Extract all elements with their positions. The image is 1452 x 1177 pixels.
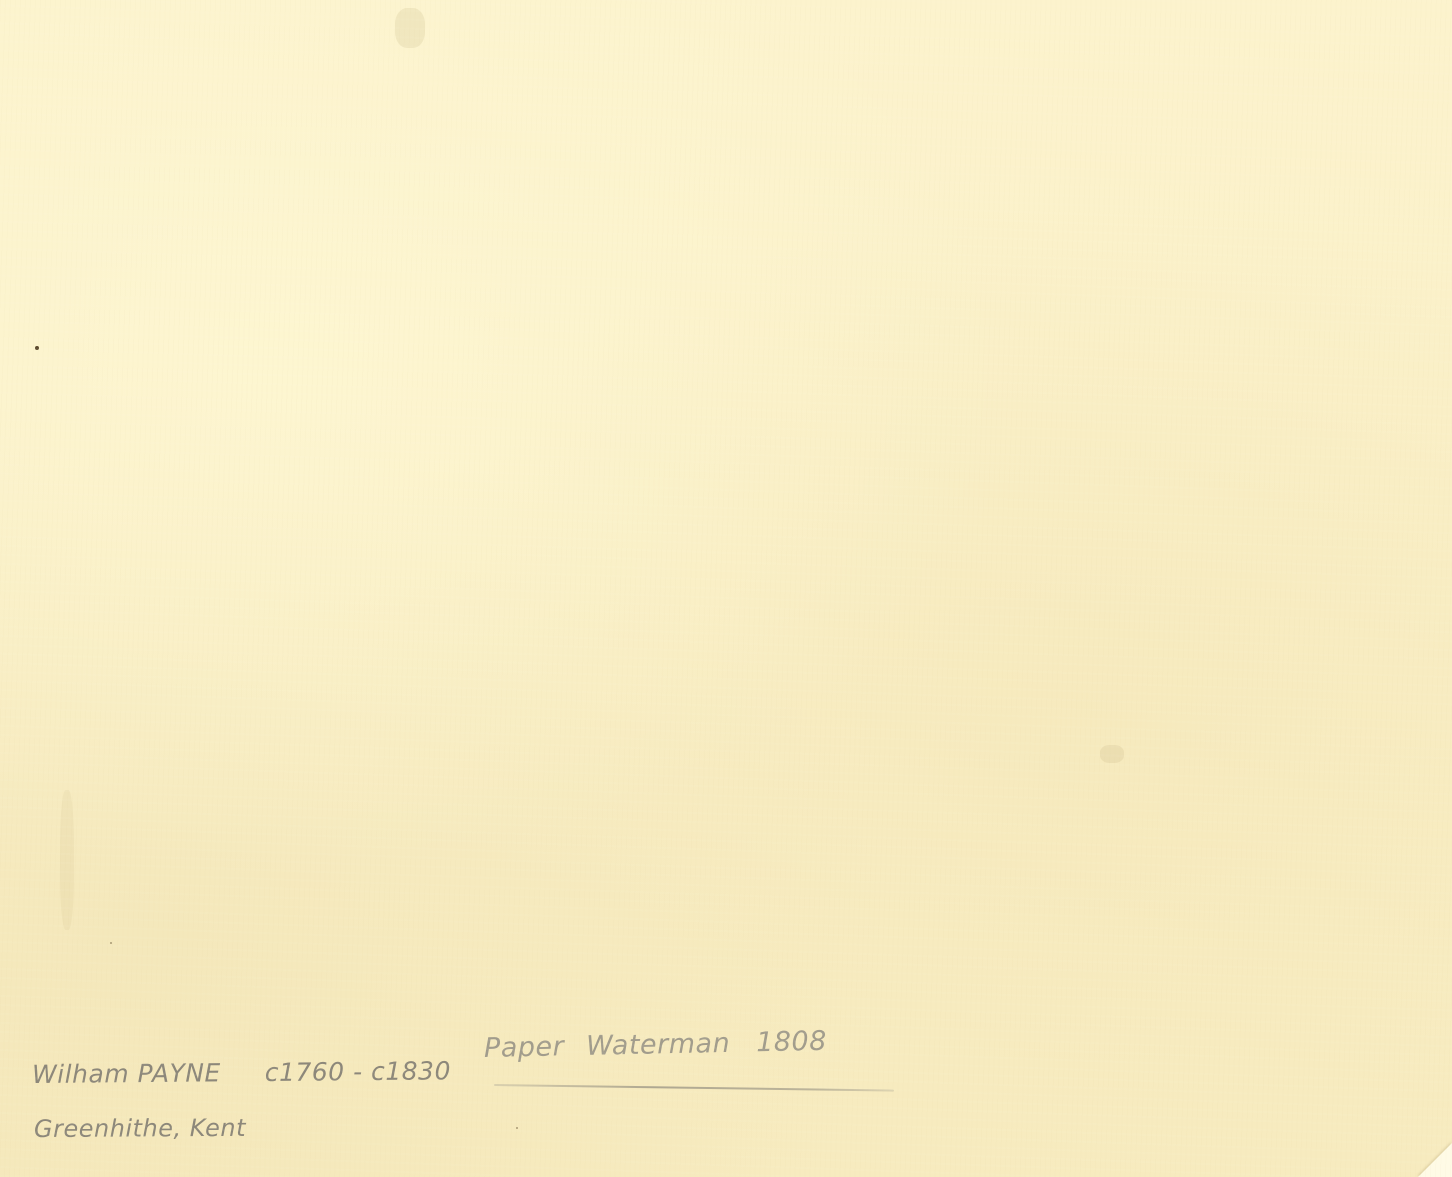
paper-stain <box>1100 745 1124 763</box>
ink-speck <box>110 942 112 944</box>
paper-annotation: PaperWaterman1808 <box>484 1026 828 1064</box>
paper-label: Paper <box>484 1031 565 1064</box>
place-annotation: Greenhithe, Kent <box>34 1114 246 1143</box>
corner-fold <box>1418 1143 1452 1177</box>
paper-stain <box>395 8 425 48</box>
artist-annotation: Wilham PAYNEc1760 - c1830 <box>32 1056 451 1089</box>
artist-dates: c1760 - c1830 <box>265 1056 451 1087</box>
paper-maker: Waterman <box>586 1028 731 1062</box>
ink-speck <box>516 1127 518 1129</box>
artist-name: Wilham PAYNE <box>32 1058 221 1089</box>
paper-sheet: Wilham PAYNEc1760 - c1830 Greenhithe, Ke… <box>0 0 1452 1177</box>
pencil-underline <box>494 1084 894 1092</box>
paper-stain <box>60 790 74 930</box>
paper-year: 1808 <box>756 1026 827 1058</box>
ink-speck <box>35 346 39 350</box>
